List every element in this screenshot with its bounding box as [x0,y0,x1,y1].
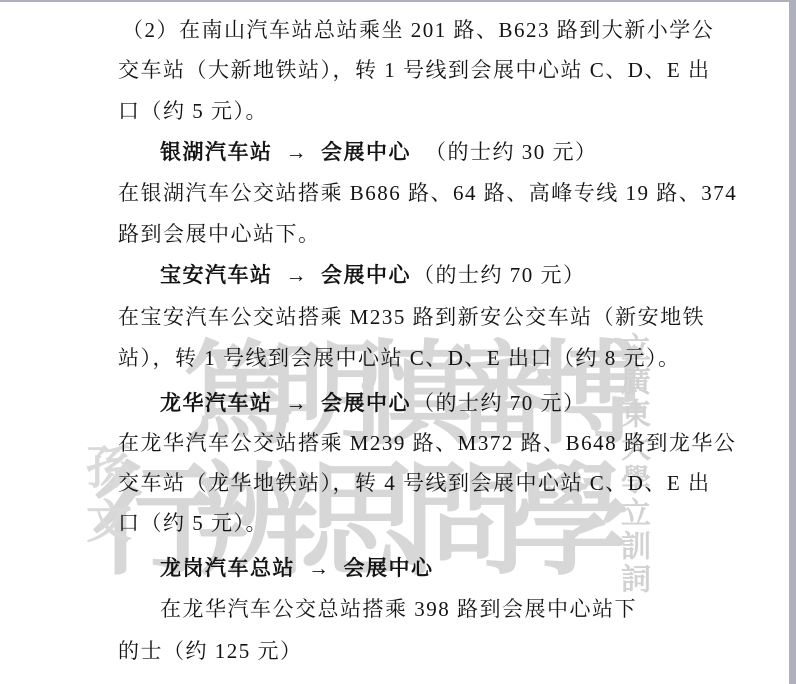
document-content: （2）在南山汽车站总站乘坐 201 路、B623 路到大新小学公 交车站（大新地… [0,0,796,684]
route-to: 会展中心 [321,391,411,415]
intro-line-1: （2）在南山汽车站总站乘坐 201 路、B623 路到大新小学公 [122,17,714,43]
intro-line-2: 交车站（大新地铁站），转 1 号线到会展中心站 C、D、E 出 [118,57,711,83]
route-to: 会展中心 [344,556,434,580]
page-right-edge-strip [789,2,796,684]
route-from: 银湖汽车站 [160,140,273,164]
route-longhua-line-2: 交车站（龙华地铁站），转 4 号线到会展中心站 C、D、E 出 [118,470,711,496]
route-yinhu-line-2: 路到会展中心站下。 [118,221,321,247]
document-page: 篤明慎審博 行辨思問學 立廣東大學立訓詞 孫文 （2）在南山汽车站总站乘坐 20… [0,0,796,684]
route-from: 宝安汽车站 [160,263,273,287]
route-from: 龙华汽车站 [160,391,273,415]
taxi-fare-line: 的士（约 125 元） [118,638,303,664]
route-taxi-note: （的士约 70 元） [413,263,586,287]
route-heading-longhua: 龙华汽车站→会展中心（的士约 70 元） [160,390,586,416]
route-heading-yinhu: 银湖汽车站→会展中心（的士约 30 元） [160,139,598,165]
route-baoan-line-1: 在宝安汽车公交站搭乘 M235 路到新安公交车站（新安地铁 [118,304,705,330]
arrow-icon: → [286,390,309,416]
route-from: 龙岗汽车总站 [160,556,295,580]
route-baoan-line-2: 站），转 1 号线到会展中心站 C、D、E 出口（约 8 元）。 [118,345,681,371]
route-longgang-line-1: 在龙华汽车公交总站搭乘 398 路到会展中心站下 [160,596,637,622]
route-taxi-note: （的士约 30 元） [425,140,598,164]
route-heading-longgang: 龙岗汽车总站→会展中心 [160,555,436,581]
route-longhua-line-1: 在龙华汽车公交站搭乘 M239 路、M372 路、B648 路到龙华公 [118,430,736,456]
route-to: 会展中心 [321,263,411,287]
arrow-icon: → [308,555,331,581]
intro-line-3: 口（约 5 元）。 [118,98,268,124]
route-yinhu-line-1: 在银湖汽车公交站搭乘 B686 路、64 路、高峰专线 19 路、374 [118,180,737,206]
route-taxi-note: （的士约 70 元） [413,391,586,415]
arrow-icon: → [286,139,309,165]
route-to: 会展中心 [321,140,411,164]
arrow-icon: → [286,262,309,288]
window-top-border [0,0,796,2]
route-longhua-line-3: 口（约 5 元）。 [118,510,268,536]
route-heading-baoan: 宝安汽车站→会展中心（的士约 70 元） [160,262,586,288]
